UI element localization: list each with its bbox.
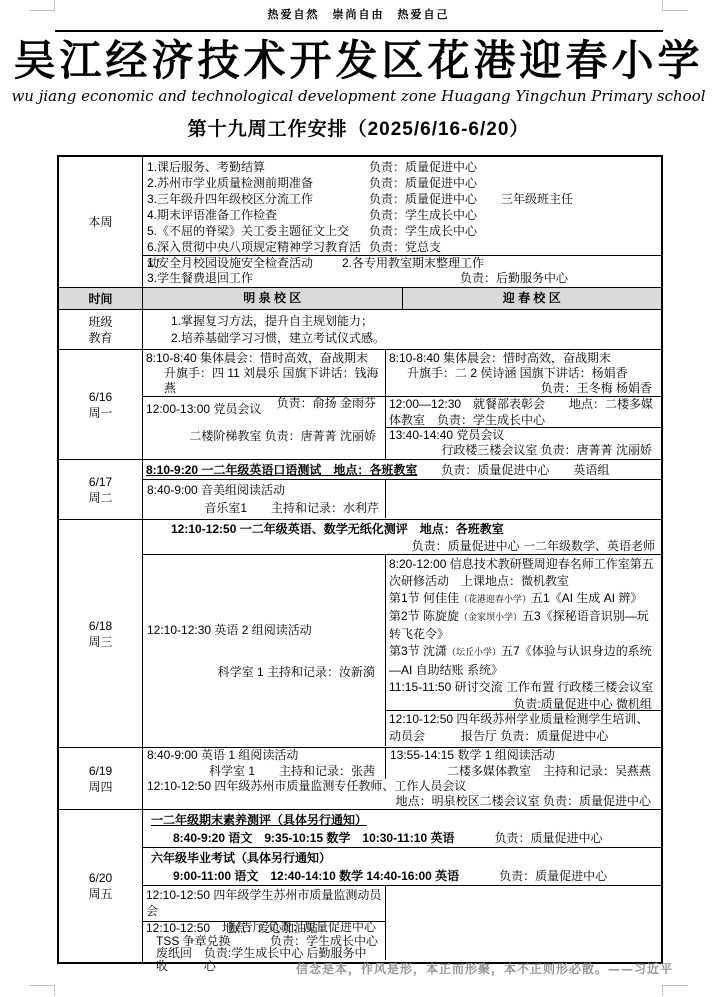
it-research-activity: 8:20-12:00 信息技术教研暨周迎春名师工作室第五次研修活动 上课地点：微…: [386, 555, 661, 710]
friday-mingquan-cell: 12:10-12:50 四年级学生苏州市质量监测动员会 报告厅 负责：质量促进中…: [143, 886, 386, 960]
week-task-list: 1.课后服务、考勤结算负责：质量促进中心 2.苏州市学业质量检测前期准备负责：质…: [143, 157, 661, 256]
schedule-item: 12:00—12:30 就餐部表彰会 地点：二楼多媒体教室 负责：学生成长中心: [386, 396, 661, 427]
task-responsible: 负责：质量促进中心 三年级班主任: [369, 191, 657, 207]
meeting-line: 11:15-11:50 研讨交流 工作布置 行政楼三楼会议室: [389, 679, 658, 696]
campus-header-row: 时间 明 泉 校 区 迎 春 校 区: [59, 287, 661, 309]
tuesday-mingquan-cell: 8:40-9:00 音美组阅读活动 音乐室1 主持和记录：水利芹: [143, 480, 386, 518]
friday-date-label: 6/20 周五: [59, 810, 143, 962]
school-motto: 热爱自然 崇尚自由 热爱自己: [0, 7, 717, 23]
task-text: 5.《不屈的脊梁》关工委主题征文上交: [147, 223, 369, 239]
friday-row: 6/20 周五 一二年级期末素养测评（具体另行通知） 8:40-9:20 语文 …: [59, 809, 661, 962]
task-text: 4.期末评语准备工作检查: [147, 207, 369, 223]
wednesday-date-label: 6/18 周三: [59, 520, 143, 747]
task-responsible: 负责：学生成长中心: [369, 207, 657, 223]
grade6-exam-banner: 六年级毕业考试（具体另行通知） 9:00-11:00 语文 12:40-14:1…: [143, 848, 661, 886]
friday-yingchun-cell: [386, 886, 661, 960]
lesson-line: 第1节 何佳佳（花港迎春小学）五1《AI 生成 AI 辨》: [389, 590, 658, 608]
this-week-row: 本周 1.课后服务、考勤结算负责：质量促进中心 2.苏州市学业质量检测前期准备负…: [59, 157, 661, 287]
edu-goal: 2.培养基础学习习惯，建立考试仪式感。: [171, 330, 657, 347]
schedule-item: 8:10-8:40 集体晨会：惜时高效，奋战期末 升旗手：二 2 侯诗涵 国旗下…: [386, 350, 661, 396]
schedule-item: 8:10-8:40 集体晨会：惜时高效，奋战期末 升旗手：四 11 刘晨乐 国旗…: [143, 350, 385, 396]
tuesday-date-label: 6/17 周二: [59, 460, 143, 519]
header-divider-rule: [55, 30, 663, 32]
page: 热爱自然 崇尚自由 热爱自己 吴江经济技术开发区花港迎春小学 wu jiang …: [0, 0, 717, 997]
week-task-row: 3.三年级升四年级校区分流工作负责：质量促进中心 三年级班主任: [147, 191, 657, 207]
crop-mark-bottom-right: [662, 985, 688, 996]
tuesday-row: 6/17 周二 8:10-9:20 一二年级英语口语测试 地点：各班教室 负责：…: [59, 459, 661, 519]
lesson-line: 第2节 陈旋旋（金家坝小学）五3《探秘语音识别—玩转飞花令》: [389, 608, 658, 643]
task-text: 3.三年级升四年级校区分流工作: [147, 191, 369, 207]
monday-mingquan-cell: 8:10-8:40 集体晨会：惜时高效，奋战期末 升旗手：四 11 刘晨乐 国旗…: [143, 350, 386, 459]
class-education-content: 1.掌握复习方法，提升自主规划能力； 2.培养基础学习习惯，建立考试仪式感。: [143, 310, 661, 349]
task-responsible: 负责：质量促进中心: [369, 159, 657, 175]
task-text: 2.苏州市学业质量检测前期准备: [147, 175, 369, 191]
monday-yingchun-cell: 8:10-8:40 集体晨会：惜时高效，奋战期末 升旗手：二 2 侯诗涵 国旗下…: [386, 350, 661, 459]
thursday-row: 6/19 周四 8:40-9:00 英语 1 组阅读活动 科学室 1 主持和记录…: [59, 747, 661, 809]
time-header: 时间: [59, 288, 143, 309]
extra-task-responsible: 负责：后勤服务中心: [460, 271, 568, 286]
paperless-test-banner: 12:10-12:50 一二年级英语、数学无纸化测评 地点：各班教室 负责：质量…: [143, 520, 661, 555]
extra-task: 3.学生餐费退回工作: [147, 271, 460, 286]
extra-task: 2.各专用教室期末整理工作: [342, 256, 484, 271]
crop-mark-bottom-left: [29, 985, 55, 996]
this-week-label: 本周: [59, 157, 143, 287]
task-responsible: 负责：学生成长中心: [369, 223, 657, 239]
weekly-schedule-table: 本周 1.课后服务、考勤结算负责：质量促进中心 2.苏州市学业质量检测前期准备负…: [57, 155, 663, 964]
task-responsible: 负责：质量促进中心: [369, 175, 657, 191]
class-education-row: 班级 教育 1.掌握复习方法，提升自主规划能力； 2.培养基础学习习惯，建立考试…: [59, 309, 661, 349]
thursday-mingquan-cell: 8:40-9:00 英语 1 组阅读活动 科学室 1 主持和记录：张茜: [143, 748, 386, 779]
tuesday-yingchun-cell: [386, 480, 661, 518]
wednesday-mingquan-cell: 12:10-12:30 英语 2 组阅读活动 科学室 1 主持和记录：汝新漪: [143, 555, 386, 746]
monday-date-label: 6/16 周一: [59, 350, 143, 459]
wednesday-row: 6/18 周三 12:10-12:50 一二年级英语、数学无纸化测评 地点：各班…: [59, 519, 661, 747]
grade12-exam-banner: 一二年级期末素养测评（具体另行通知） 8:40-9:20 语文 9:35-10:…: [143, 810, 661, 848]
campus2-header: 迎 春 校 区: [402, 288, 662, 309]
wednesday-yingchun-cell: 8:20-12:00 信息技术教研暨周迎春名师工作室第五次研修活动 上课地点：微…: [386, 555, 661, 746]
week-task-row: 2.苏州市学业质量检测前期准备负责：质量促进中心: [147, 175, 657, 191]
footer-quote: 信念是本，作风是形，本正而形聚，本不正则形必散。——习近平: [0, 961, 717, 977]
quality-monitor-meeting: 12:10-12:50 四年级苏州市质量监测专任教师、工作人员会议 地点：明泉校…: [143, 779, 661, 808]
week-task-row: 4.期末评语准备工作检查负责：学生成长中心: [147, 207, 657, 223]
document-title: 第十九周工作安排（2025/6/16-6/20）: [0, 122, 717, 138]
thursday-yingchun-cell: 13:55-14:15 数学 1 组阅读活动 二楼多媒体教室 主持和记录：吴燕燕: [386, 748, 661, 779]
lesson-line: 第3节 沈潇（坛丘小学）五7《体验与认识身边的系统—AI 自助结账 系统》: [389, 643, 658, 678]
campus1-header: 明 泉 校 区: [143, 288, 402, 309]
edu-goal: 1.掌握复习方法，提升自主规划能力；: [171, 313, 657, 330]
school-name-english: wu jiang economic and technological deve…: [0, 88, 717, 104]
schedule-item: 12:10-12:30 英语 2 组阅读活动 科学室 1 主持和记录：汝新漪: [143, 555, 385, 746]
class-education-label: 班级 教育: [59, 310, 143, 349]
school-name-chinese: 吴江经济技术开发区花港迎春小学: [0, 36, 717, 86]
task-text: 1.课后服务、考勤结算: [147, 159, 369, 175]
monday-row: 6/16 周一 8:10-8:40 集体晨会：惜时高效，奋战期末 升旗手：四 1…: [59, 349, 661, 459]
schedule-item: 12:10-12:50 四年级苏州学业质量检测学生培训、动员会 报告厅 负责：质…: [386, 710, 661, 745]
week-task-row: 1.课后服务、考勤结算负责：质量促进中心: [147, 159, 657, 175]
thursday-date-label: 6/19 周四: [59, 748, 143, 809]
schedule-item: 12:10-12:50 四年级学生苏州市质量监测动员会 报告厅 负责：质量促进中…: [143, 886, 385, 921]
schedule-item: 13:40-14:40 党员会议 行政楼三楼会议室 负责：唐菁菁 沈丽娇: [386, 427, 661, 457]
extra-task: 1.安全月校园设施安全检查活动: [147, 256, 342, 271]
week-task-row: 5.《不屈的脊梁》关工委主题征文上交负责：学生成长中心: [147, 223, 657, 239]
oral-english-test-banner: 8:10-9:20 一二年级英语口语测试 地点：各班教室 负责：质量促进中心 英…: [143, 460, 661, 480]
